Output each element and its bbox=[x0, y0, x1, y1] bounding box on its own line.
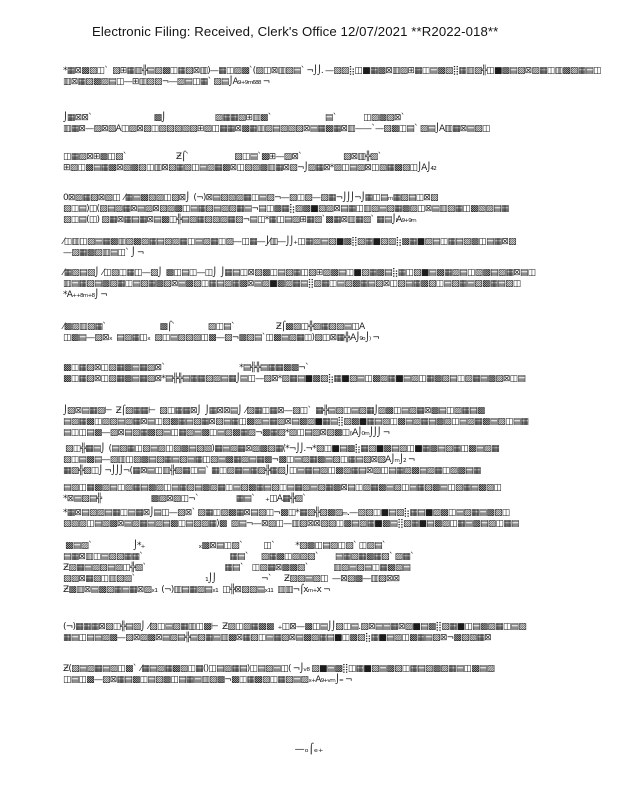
efiling-stamp: Electronic Filing: Received, Clerk's Off… bbox=[92, 24, 498, 39]
garbled-paragraph: ▨◫╬▦▤⌡ (▤▨▦◫▨▤▨◫▨▩▤▨▧)▦▤▨▦⊠▨▩▨▦(*¬⌡⌡.¬*▨… bbox=[63, 444, 618, 477]
garbled-paragraph: ▤▨◫▦▩▨▤◫▨▦▤▩▨◫▤▦▨▤▩▨▦◫▤▨▩▦▤▨◫▤▦▨▤▨▦▩⊠▤◫▨… bbox=[63, 483, 618, 505]
garbled-paragraph: ⁄▦▧▤▨⌡ ⁄◫▧◫▦◫—▨⌡ ▩◫▤◫—◫⌡ ⌡▦▤◫⊠▨▩◫▤▨▦◫▨⊞▨… bbox=[63, 268, 618, 301]
garbled-paragraph: ⌡▨⊠▤▦▨⊢ Ƶ⌠▨▦▦⊢ ▨◫▦▦⊠⌡ ⌡▦⊠⊠▤⌡ ⁄▨▦◫▦⊠—▨◫` … bbox=[63, 406, 618, 439]
garbled-paragraph: Ƶ(▨▤▨▦▤▨◫▩` ⁄▦▤▨▦▩▨◫▦()◫▤▨▦▤)◫▤▨▤◫( ¬⌡ᵥ₈… bbox=[63, 664, 618, 686]
garbled-paragraph: (¬)▦▦▦⊠▨◫╬▤▨⌡ ⁄▨◫▤▨▦▥◫▩⊢ Ƶ▨◫▨▦▩▩ ₊◫⊠—▩◫▤… bbox=[63, 622, 618, 644]
page-number: —ₒ⌠ₑ₊ bbox=[0, 744, 618, 755]
garbled-paragraph: ⁄◫▥◫▨▤▦▩▥▧▩▨▦▤▨▨▦◫▤▨▦◫▨—◫▦—⌡⁄▥—⌡⌡₊◫▦▨▤▧■… bbox=[63, 237, 618, 259]
document-page: Electronic Filing: Received, Clerk's Off… bbox=[0, 0, 618, 800]
garbled-paragraph: ⁄▩▨▥▨▦` ▩⌠` ▨◫▤` Ƶ⌠▩▨◫╬▨▦▨▨▤◫A ◫▩▤—▨⊠ₓ ▤… bbox=[63, 322, 618, 344]
garbled-paragraph: ⌡▦⊠⊠` ▩⌡ ▨▦▦▧⊞▥▩` ▤` ◫▨▩▧⊠` ▥▦⊠—▨⊠▧A◫▨⊠▨… bbox=[63, 113, 618, 135]
garbled-paragraph: *▦⊠▤▨▨▤▦◫▤▦⊠⌡▤◫—▨⊠` ▨▦◫▨▩▦⊠▤▨◫¬▩◫*▦▨╬▨▩▨… bbox=[63, 508, 618, 530]
garbled-paragraph: *▦⊠▩▨◫` ▧⊞▦▥╬▤▨▩◫▦▧⊠▥)—▦◫▨▩`(▨◫⊠▥▧▤` ¬⌡⌡… bbox=[63, 66, 618, 88]
garbled-paragraph: ◫▦▨⊠⊞▩◫▨` Ƶ⌠` ▨◫▤`▩⊞—▨⊠` ▨⊠▥╬▨` ⊞▨◫▩▤▦▩⊠… bbox=[63, 152, 618, 174]
document-body: *▦⊠▩▨◫` ▧⊞▦▥╬▤▨▩◫▦▧⊠▥)—▦◫▨▩`(▨◫⊠▥▧▤` ¬⌡⌡… bbox=[63, 66, 618, 686]
garbled-paragraph: 0⊠▨▦▨⊠▧◫ ⁄▦▤▩▧▨◫▨⊠⌡ (¬)⊠▤▨▧▨▦◫▤▨¬—▨◫▨—▨▦… bbox=[63, 193, 618, 226]
garbled-service-block: ▩▤▨` ⌡*₊ ₓ▩⊠▤◫▨` ◫` *▨▩◫▤▨◫▨` ◫▨▤` ▤▦⊠▥◫… bbox=[63, 541, 618, 596]
garbled-paragraph: ▩◫▦▨⊠◫▨▦▩▤▦▨⊠` *▤╬╬▤▦▦▩▩¬` ▩◫▦▨⊠◫▨▦▩▤▦▨⊠… bbox=[63, 363, 618, 385]
